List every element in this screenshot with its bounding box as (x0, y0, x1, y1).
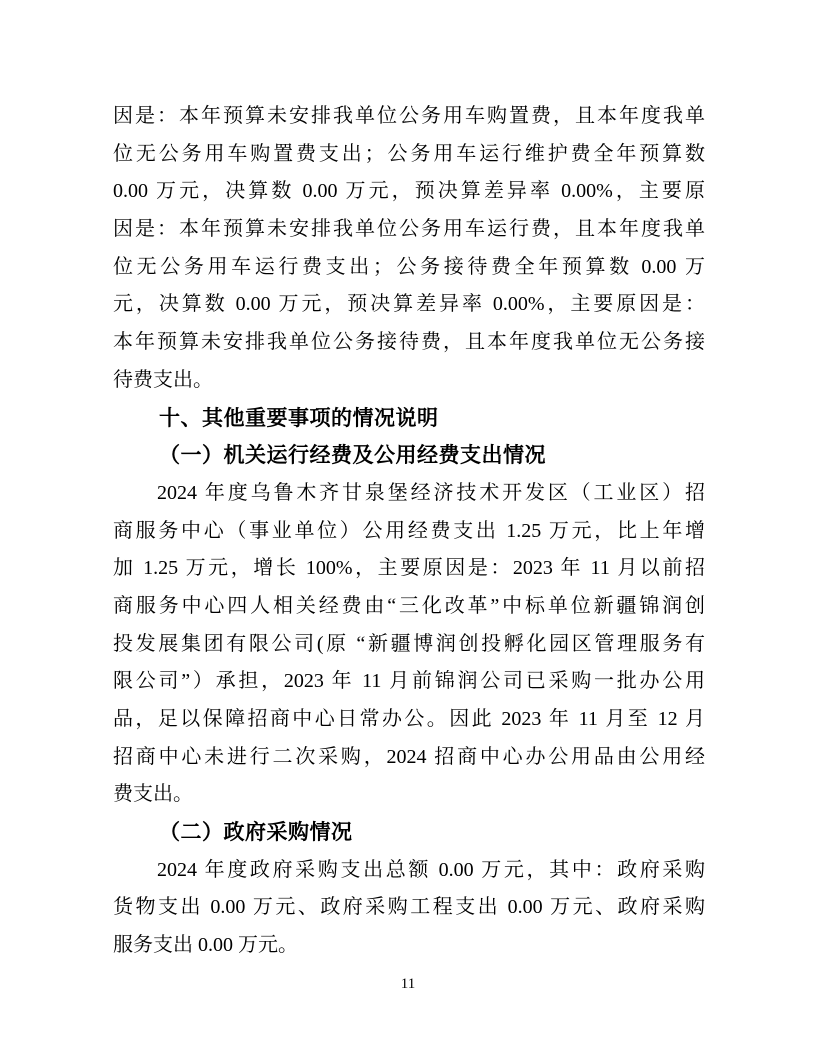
text-line: 位无公务用车运行费支出；公务接待费全年预算数 0.00 万 (113, 249, 705, 287)
text-line: 待费支出。 (113, 362, 705, 400)
subsection-heading-government-procurement: （二）政府采购情况 (113, 814, 705, 852)
paragraph-government-procurement: 2024 年度政府采购支出总额 0.00 万元，其中：政府采购 货物支出 0.0… (113, 852, 705, 965)
subsection-heading-operating-funds: （一）机关运行经费及公用经费支出情况 (113, 437, 705, 475)
text-line: 限公司”）承担，2023 年 11 月前锦润公司已采购一批办公用 (113, 663, 705, 701)
text-line: 招商中心未进行二次采购，2024 招商中心办公用品由公用经 (113, 739, 705, 777)
text-line: 因是：本年预算未安排我单位公务用车运行费，且本年度我单 (113, 211, 705, 249)
text-line: 元，决算数 0.00 万元，预决算差异率 0.00%，主要原因是： (113, 286, 705, 324)
text-line: 投发展集团有限公司(原 “新疆博润创投孵化园区管理服务有 (113, 626, 705, 664)
text-line: 加 1.25 万元，增长 100%，主要原因是：2023 年 11 月以前招 (113, 550, 705, 588)
section-heading-other-important-matters: 十、其他重要事项的情况说明 (113, 400, 705, 438)
text-line: 服务支出 0.00 万元。 (113, 927, 705, 965)
text-line: 本年预算未安排我单位公务接待费，且本年度我单位无公务接 (113, 324, 705, 362)
text-line: 品，足以保障招商中心日常办公。因此 2023 年 11 月至 12 月 (113, 701, 705, 739)
text-line: 2024 年度政府采购支出总额 0.00 万元，其中：政府采购 (113, 852, 705, 890)
page-number: 11 (0, 976, 816, 993)
document-page: 因是：本年预算未安排我单位公务用车购置费，且本年度我单 位无公务用车购置费支出；… (0, 0, 816, 1056)
content-area: 因是：本年预算未安排我单位公务用车购置费，且本年度我单 位无公务用车购置费支出；… (113, 98, 705, 965)
text-line: 因是：本年预算未安排我单位公务用车购置费，且本年度我单 (113, 98, 705, 136)
text-line: 货物支出 0.00 万元、政府采购工程支出 0.00 万元、政府采购 (113, 889, 705, 927)
text-line: 0.00 万元，决算数 0.00 万元，预决算差异率 0.00%，主要原 (113, 173, 705, 211)
text-line: 商服务中心四人相关经费由“三化改革”中标单位新疆锦润创 (113, 588, 705, 626)
text-line: 位无公务用车购置费支出；公务用车运行维护费全年预算数 (113, 136, 705, 174)
paragraph-operating-funds: 2024 年度乌鲁木齐甘泉堡经济技术开发区（工业区）招 商服务中心（事业单位）公… (113, 475, 705, 814)
paragraph-vehicle-reception-fees: 因是：本年预算未安排我单位公务用车购置费，且本年度我单 位无公务用车购置费支出；… (113, 98, 705, 400)
text-line: 2024 年度乌鲁木齐甘泉堡经济技术开发区（工业区）招 (113, 475, 705, 513)
text-line: 商服务中心（事业单位）公用经费支出 1.25 万元，比上年增 (113, 513, 705, 551)
text-line: 费支出。 (113, 776, 705, 814)
